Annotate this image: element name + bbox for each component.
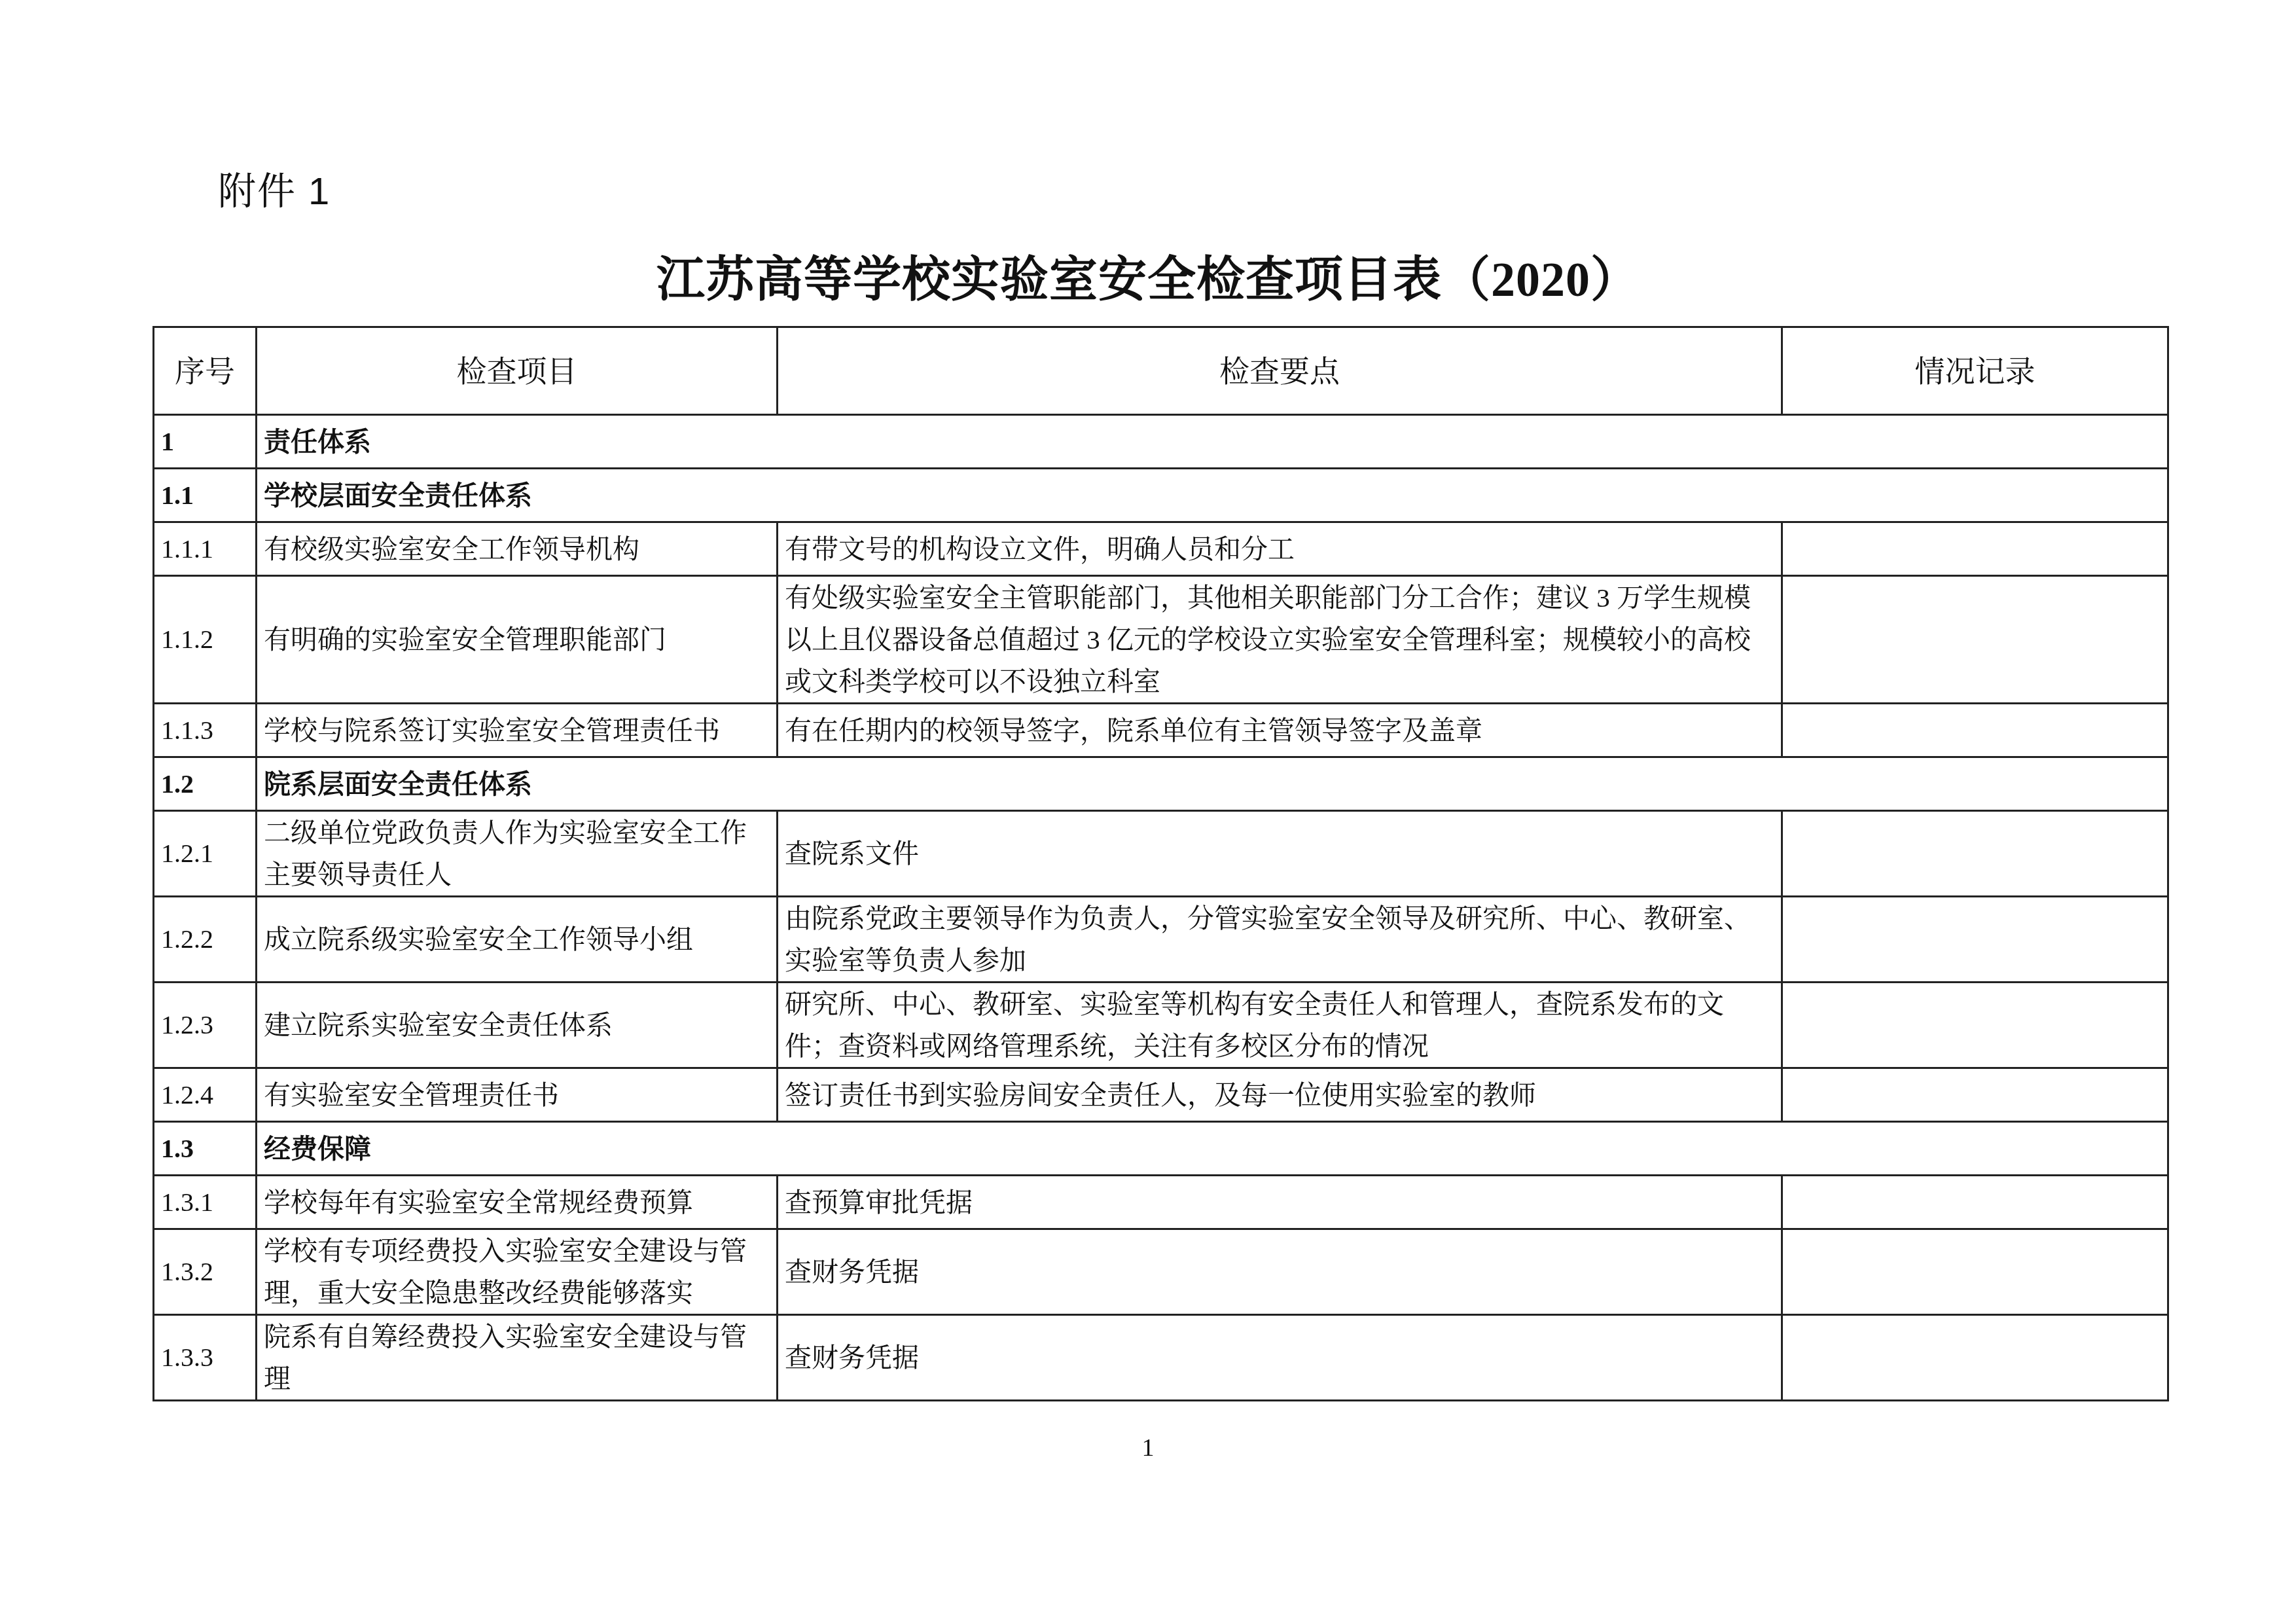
section-row: 1责任体系 (154, 415, 2168, 469)
section-number: 1.2 (154, 757, 257, 811)
inspection-item: 成立院系级实验室安全工作领导小组 (257, 897, 778, 983)
inspection-points: 查财务凭据 (778, 1229, 1782, 1315)
inspection-points: 由院系党政主要领导作为负责人，分管实验室安全领导及研究所、中心、教研室、实验室等… (778, 897, 1782, 983)
inspection-item: 二级单位党政负责人作为实验室安全工作主要领导责任人 (257, 811, 778, 897)
table-row: 1.1.3学校与院系签订实验室安全管理责任书有在任期内的校领导签字，院系单位有主… (154, 704, 2168, 757)
item-number: 1.1.1 (154, 522, 257, 576)
table-body: 1责任体系1.1学校层面安全责任体系1.1.1有校级实验室安全工作领导机构有带文… (154, 415, 2168, 1401)
document-title: 江苏高等学校实验室安全检查项目表（2020） (0, 241, 2296, 310)
section-number: 1.1 (154, 469, 257, 522)
inspection-points: 有在任期内的校领导签字，院系单位有主管领导签字及盖章 (778, 704, 1782, 757)
inspection-points: 查预算审批凭据 (778, 1176, 1782, 1229)
record-cell[interactable] (1782, 1315, 2168, 1401)
item-number: 1.1.2 (154, 576, 257, 704)
inspection-item: 有校级实验室安全工作领导机构 (257, 522, 778, 576)
page-number: 1 (0, 1434, 2296, 1462)
record-cell[interactable] (1782, 983, 2168, 1068)
inspection-item: 学校每年有实验室安全常规经费预算 (257, 1176, 778, 1229)
section-row: 1.1学校层面安全责任体系 (154, 469, 2168, 522)
section-title: 责任体系 (257, 415, 2168, 469)
record-cell[interactable] (1782, 1229, 2168, 1315)
record-cell[interactable] (1782, 897, 2168, 983)
section-number: 1.3 (154, 1122, 257, 1176)
section-title: 经费保障 (257, 1122, 2168, 1176)
table-row: 1.2.2成立院系级实验室安全工作领导小组由院系党政主要领导作为负责人，分管实验… (154, 897, 2168, 983)
inspection-points: 签订责任书到实验房间安全责任人，及每一位使用实验室的教师 (778, 1068, 1782, 1122)
attachment-label: 附件 1 (218, 160, 331, 215)
column-header-number: 序号 (154, 327, 257, 415)
item-number: 1.2.4 (154, 1068, 257, 1122)
item-number: 1.3.1 (154, 1176, 257, 1229)
inspection-item: 有明确的实验室安全管理职能部门 (257, 576, 778, 704)
item-number: 1.1.3 (154, 704, 257, 757)
section-title: 院系层面安全责任体系 (257, 757, 2168, 811)
inspection-item: 院系有自筹经费投入实验室安全建设与管理 (257, 1315, 778, 1401)
item-number: 1.3.3 (154, 1315, 257, 1401)
section-number: 1 (154, 415, 257, 469)
inspection-points: 有带文号的机构设立文件，明确人员和分工 (778, 522, 1782, 576)
table-row: 1.2.4有实验室安全管理责任书签订责任书到实验房间安全责任人，及每一位使用实验… (154, 1068, 2168, 1122)
inspection-points: 查财务凭据 (778, 1315, 1782, 1401)
item-number: 1.3.2 (154, 1229, 257, 1315)
record-cell[interactable] (1782, 1176, 2168, 1229)
section-row: 1.2院系层面安全责任体系 (154, 757, 2168, 811)
record-cell[interactable] (1782, 704, 2168, 757)
table-row: 1.1.1有校级实验室安全工作领导机构有带文号的机构设立文件，明确人员和分工 (154, 522, 2168, 576)
item-number: 1.2.1 (154, 811, 257, 897)
record-cell[interactable] (1782, 1068, 2168, 1122)
inspection-points: 查院系文件 (778, 811, 1782, 897)
record-cell[interactable] (1782, 576, 2168, 704)
column-header-item: 检查项目 (257, 327, 778, 415)
table-row: 1.1.2有明确的实验室安全管理职能部门有处级实验室安全主管职能部门，其他相关职… (154, 576, 2168, 704)
table-row: 1.2.1二级单位党政负责人作为实验室安全工作主要领导责任人查院系文件 (154, 811, 2168, 897)
inspection-item: 学校与院系签订实验室安全管理责任书 (257, 704, 778, 757)
inspection-item: 建立院系实验室安全责任体系 (257, 983, 778, 1068)
inspection-points: 有处级实验室安全主管职能部门，其他相关职能部门分工合作；建议 3 万学生规模以上… (778, 576, 1782, 704)
inspection-table: 序号 检查项目 检查要点 情况记录 1责任体系1.1学校层面安全责任体系1.1.… (152, 326, 2169, 1401)
table-row: 1.3.2学校有专项经费投入实验室安全建设与管理，重大安全隐患整改经费能够落实查… (154, 1229, 2168, 1315)
item-number: 1.2.3 (154, 983, 257, 1068)
item-number: 1.2.2 (154, 897, 257, 983)
column-header-points: 检查要点 (778, 327, 1782, 415)
record-cell[interactable] (1782, 811, 2168, 897)
table-row: 1.3.3院系有自筹经费投入实验室安全建设与管理查财务凭据 (154, 1315, 2168, 1401)
section-row: 1.3经费保障 (154, 1122, 2168, 1176)
inspection-points: 研究所、中心、教研室、实验室等机构有安全责任人和管理人，查院系发布的文件；查资料… (778, 983, 1782, 1068)
table-header-row: 序号 检查项目 检查要点 情况记录 (154, 327, 2168, 415)
inspection-item: 有实验室安全管理责任书 (257, 1068, 778, 1122)
record-cell[interactable] (1782, 522, 2168, 576)
column-header-record: 情况记录 (1782, 327, 2168, 415)
table-row: 1.2.3建立院系实验室安全责任体系研究所、中心、教研室、实验室等机构有安全责任… (154, 983, 2168, 1068)
table-row: 1.3.1学校每年有实验室安全常规经费预算查预算审批凭据 (154, 1176, 2168, 1229)
section-title: 学校层面安全责任体系 (257, 469, 2168, 522)
inspection-item: 学校有专项经费投入实验室安全建设与管理，重大安全隐患整改经费能够落实 (257, 1229, 778, 1315)
